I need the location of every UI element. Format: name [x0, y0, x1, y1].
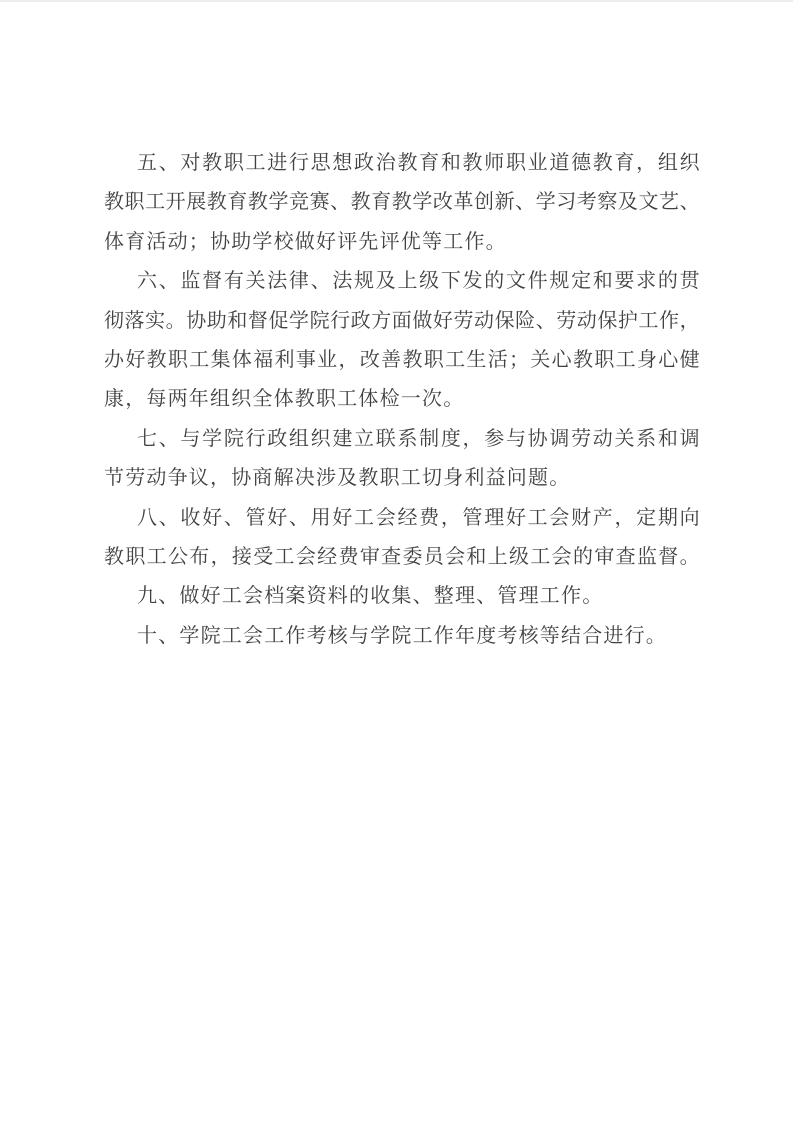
text-line: 十、学院工会工作考核与学院工作年度考核等结合进行。 — [104, 617, 700, 656]
text-line: 七、与学院行政组织建立联系制度，参与协调劳动关系和调 — [104, 420, 700, 459]
text-line: 五、对教职工进行思想政治教育和教师职业道德教育，组织 — [104, 144, 700, 183]
paragraph-item-7: 七、与学院行政组织建立联系制度，参与协调劳动关系和调 节劳动争议，协商解决涉及教… — [104, 420, 700, 499]
text-line: 九、做好工会档案资料的收集、整理、管理工作。 — [104, 577, 700, 616]
text-line: 体育活动；协助学校做好评先评优等工作。 — [104, 223, 700, 262]
text-line: 彻落实。协助和督促学院行政方面做好劳动保险、劳动保护工作， — [104, 302, 700, 341]
paragraph-item-9: 九、做好工会档案资料的收集、整理、管理工作。 — [104, 577, 700, 616]
text-line: 八、收好、管好、用好工会经费，管理好工会财产，定期向 — [104, 499, 700, 538]
document-body: 五、对教职工进行思想政治教育和教师职业道德教育，组织 教职工开展教育教学竞赛、教… — [104, 144, 700, 656]
page-top-edge — [0, 0, 793, 2]
text-line: 康，每两年组织全体教职工体检一次。 — [104, 380, 700, 419]
paragraph-item-10: 十、学院工会工作考核与学院工作年度考核等结合进行。 — [104, 617, 700, 656]
paragraph-item-6: 六、监督有关法律、法规及上级下发的文件规定和要求的贯 彻落实。协助和督促学院行政… — [104, 262, 700, 420]
text-line: 六、监督有关法律、法规及上级下发的文件规定和要求的贯 — [104, 262, 700, 301]
text-line: 教职工开展教育教学竞赛、教育教学改革创新、学习考察及文艺、 — [104, 183, 700, 222]
text-line: 节劳动争议，协商解决涉及教职工切身利益问题。 — [104, 459, 700, 498]
paragraph-item-5: 五、对教职工进行思想政治教育和教师职业道德教育，组织 教职工开展教育教学竞赛、教… — [104, 144, 700, 262]
document-page: 五、对教职工进行思想政治教育和教师职业道德教育，组织 教职工开展教育教学竞赛、教… — [0, 0, 793, 1122]
paragraph-item-8: 八、收好、管好、用好工会经费，管理好工会财产，定期向 教职工公布，接受工会经费审… — [104, 499, 700, 578]
text-line: 办好教职工集体福利事业，改善教职工生活；关心教职工身心健 — [104, 341, 700, 380]
text-line: 教职工公布，接受工会经费审查委员会和上级工会的审查监督。 — [104, 538, 700, 577]
